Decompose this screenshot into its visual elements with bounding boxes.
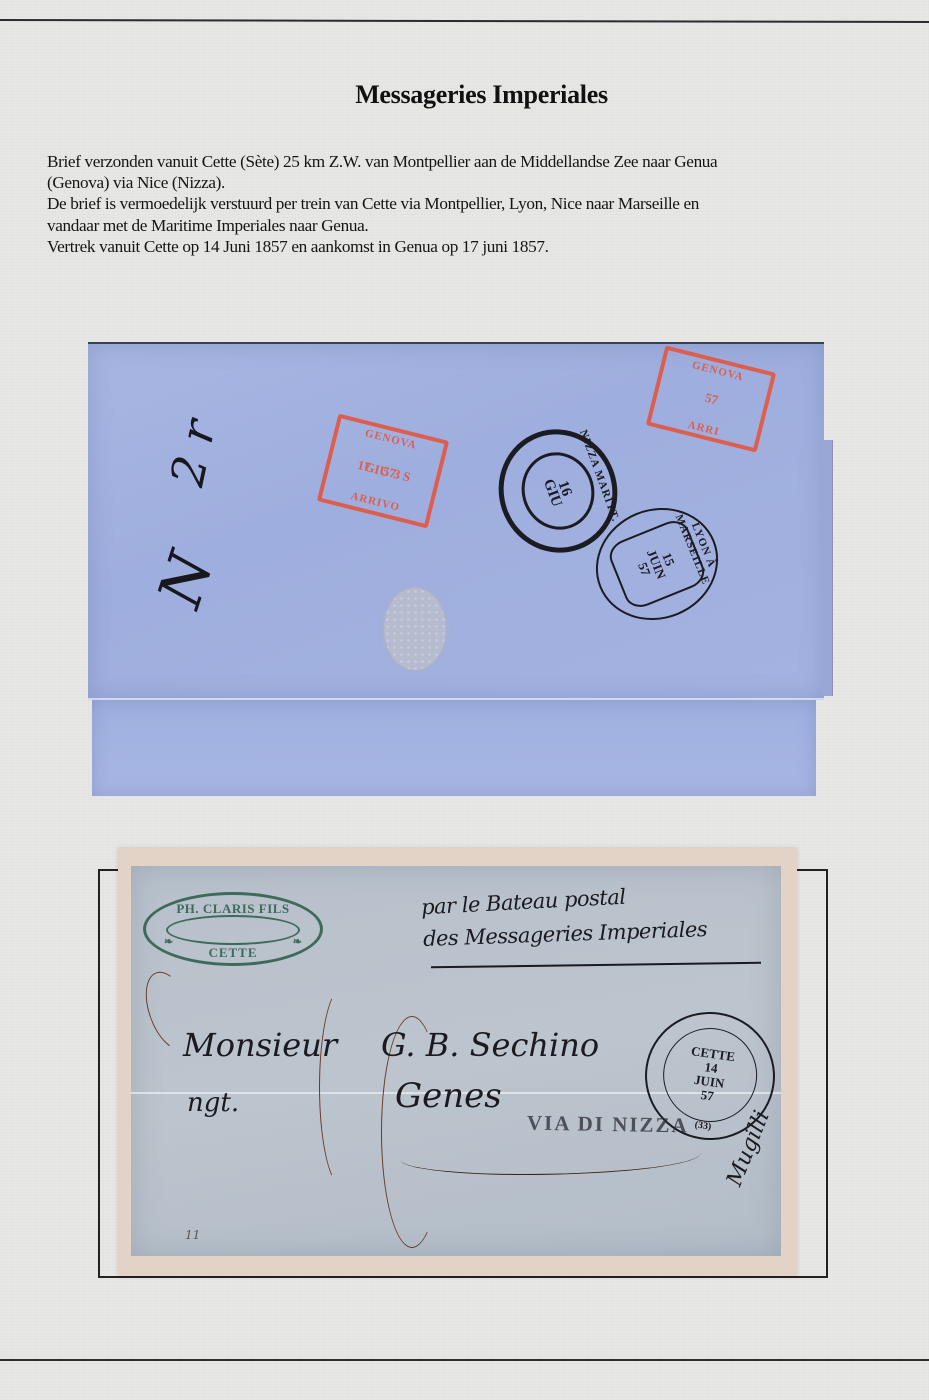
stamp-right-text: GENOVA <box>364 427 418 451</box>
stamp-left-text: ARRI <box>687 419 721 438</box>
description: Brief verzonden vanuit Cette (Sète) 25 k… <box>47 151 877 257</box>
description-line: vandaar met de Maritime Imperiales naar … <box>47 215 877 236</box>
manuscript-flourish <box>319 986 367 1188</box>
stamp-time: 3 S <box>392 467 412 484</box>
route-underline <box>431 962 761 969</box>
pencil-mark: 11 <box>185 1228 200 1242</box>
postmark-year: 57 <box>700 1088 715 1104</box>
description-line: De brief is vermoedelijk verstuurd per t… <box>47 193 877 214</box>
cachet-inner-lens <box>166 915 300 945</box>
address-abbreviation: ngt. <box>187 1088 239 1118</box>
route-instruction-line: des Messageries Imperiales <box>423 917 708 951</box>
cover-back-lower-flap <box>92 700 816 796</box>
album-bottom-rule <box>0 1359 929 1361</box>
description-line: Vertrek vanuit Cette op 14 Juni 1857 en … <box>47 236 877 257</box>
cover-edge-tab <box>822 440 833 696</box>
embossed-seal <box>384 588 446 670</box>
page-title: Messageries Imperiales <box>0 80 929 110</box>
firm-cachet: PH. CLARIS FILS ❧ ❧ CETTE <box>143 892 323 966</box>
firm-city: CETTE <box>146 945 320 961</box>
album-top-rule <box>0 19 929 23</box>
stamp-left-text: ARRIVO <box>349 490 401 514</box>
stamp-right-text: GENOVA <box>691 359 745 383</box>
address-recipient: G. B. Sechino <box>381 1026 599 1064</box>
description-line: Brief verzonden vanuit Cette (Sète) 25 k… <box>47 151 877 172</box>
via-di-nizza-stamp: VIA DI NIZZA <box>527 1111 689 1139</box>
address-salutation: Monsieur <box>183 1026 337 1064</box>
cover-back-image: ARRIVO GENOVA 17 GIU 57 3 S ARRI GENOVA … <box>88 340 840 800</box>
description-line: (Genova) via Nice (Nizza). <box>47 172 877 193</box>
city-underline-swash <box>401 1138 701 1175</box>
cover-front-image: PH. CLARIS FILS ❧ ❧ CETTE par le Bateau … <box>131 866 781 1256</box>
address-city: Genes <box>395 1076 502 1116</box>
stamp-year: 57 <box>703 391 719 407</box>
route-instruction-line: par le Bateau postal <box>421 885 627 920</box>
